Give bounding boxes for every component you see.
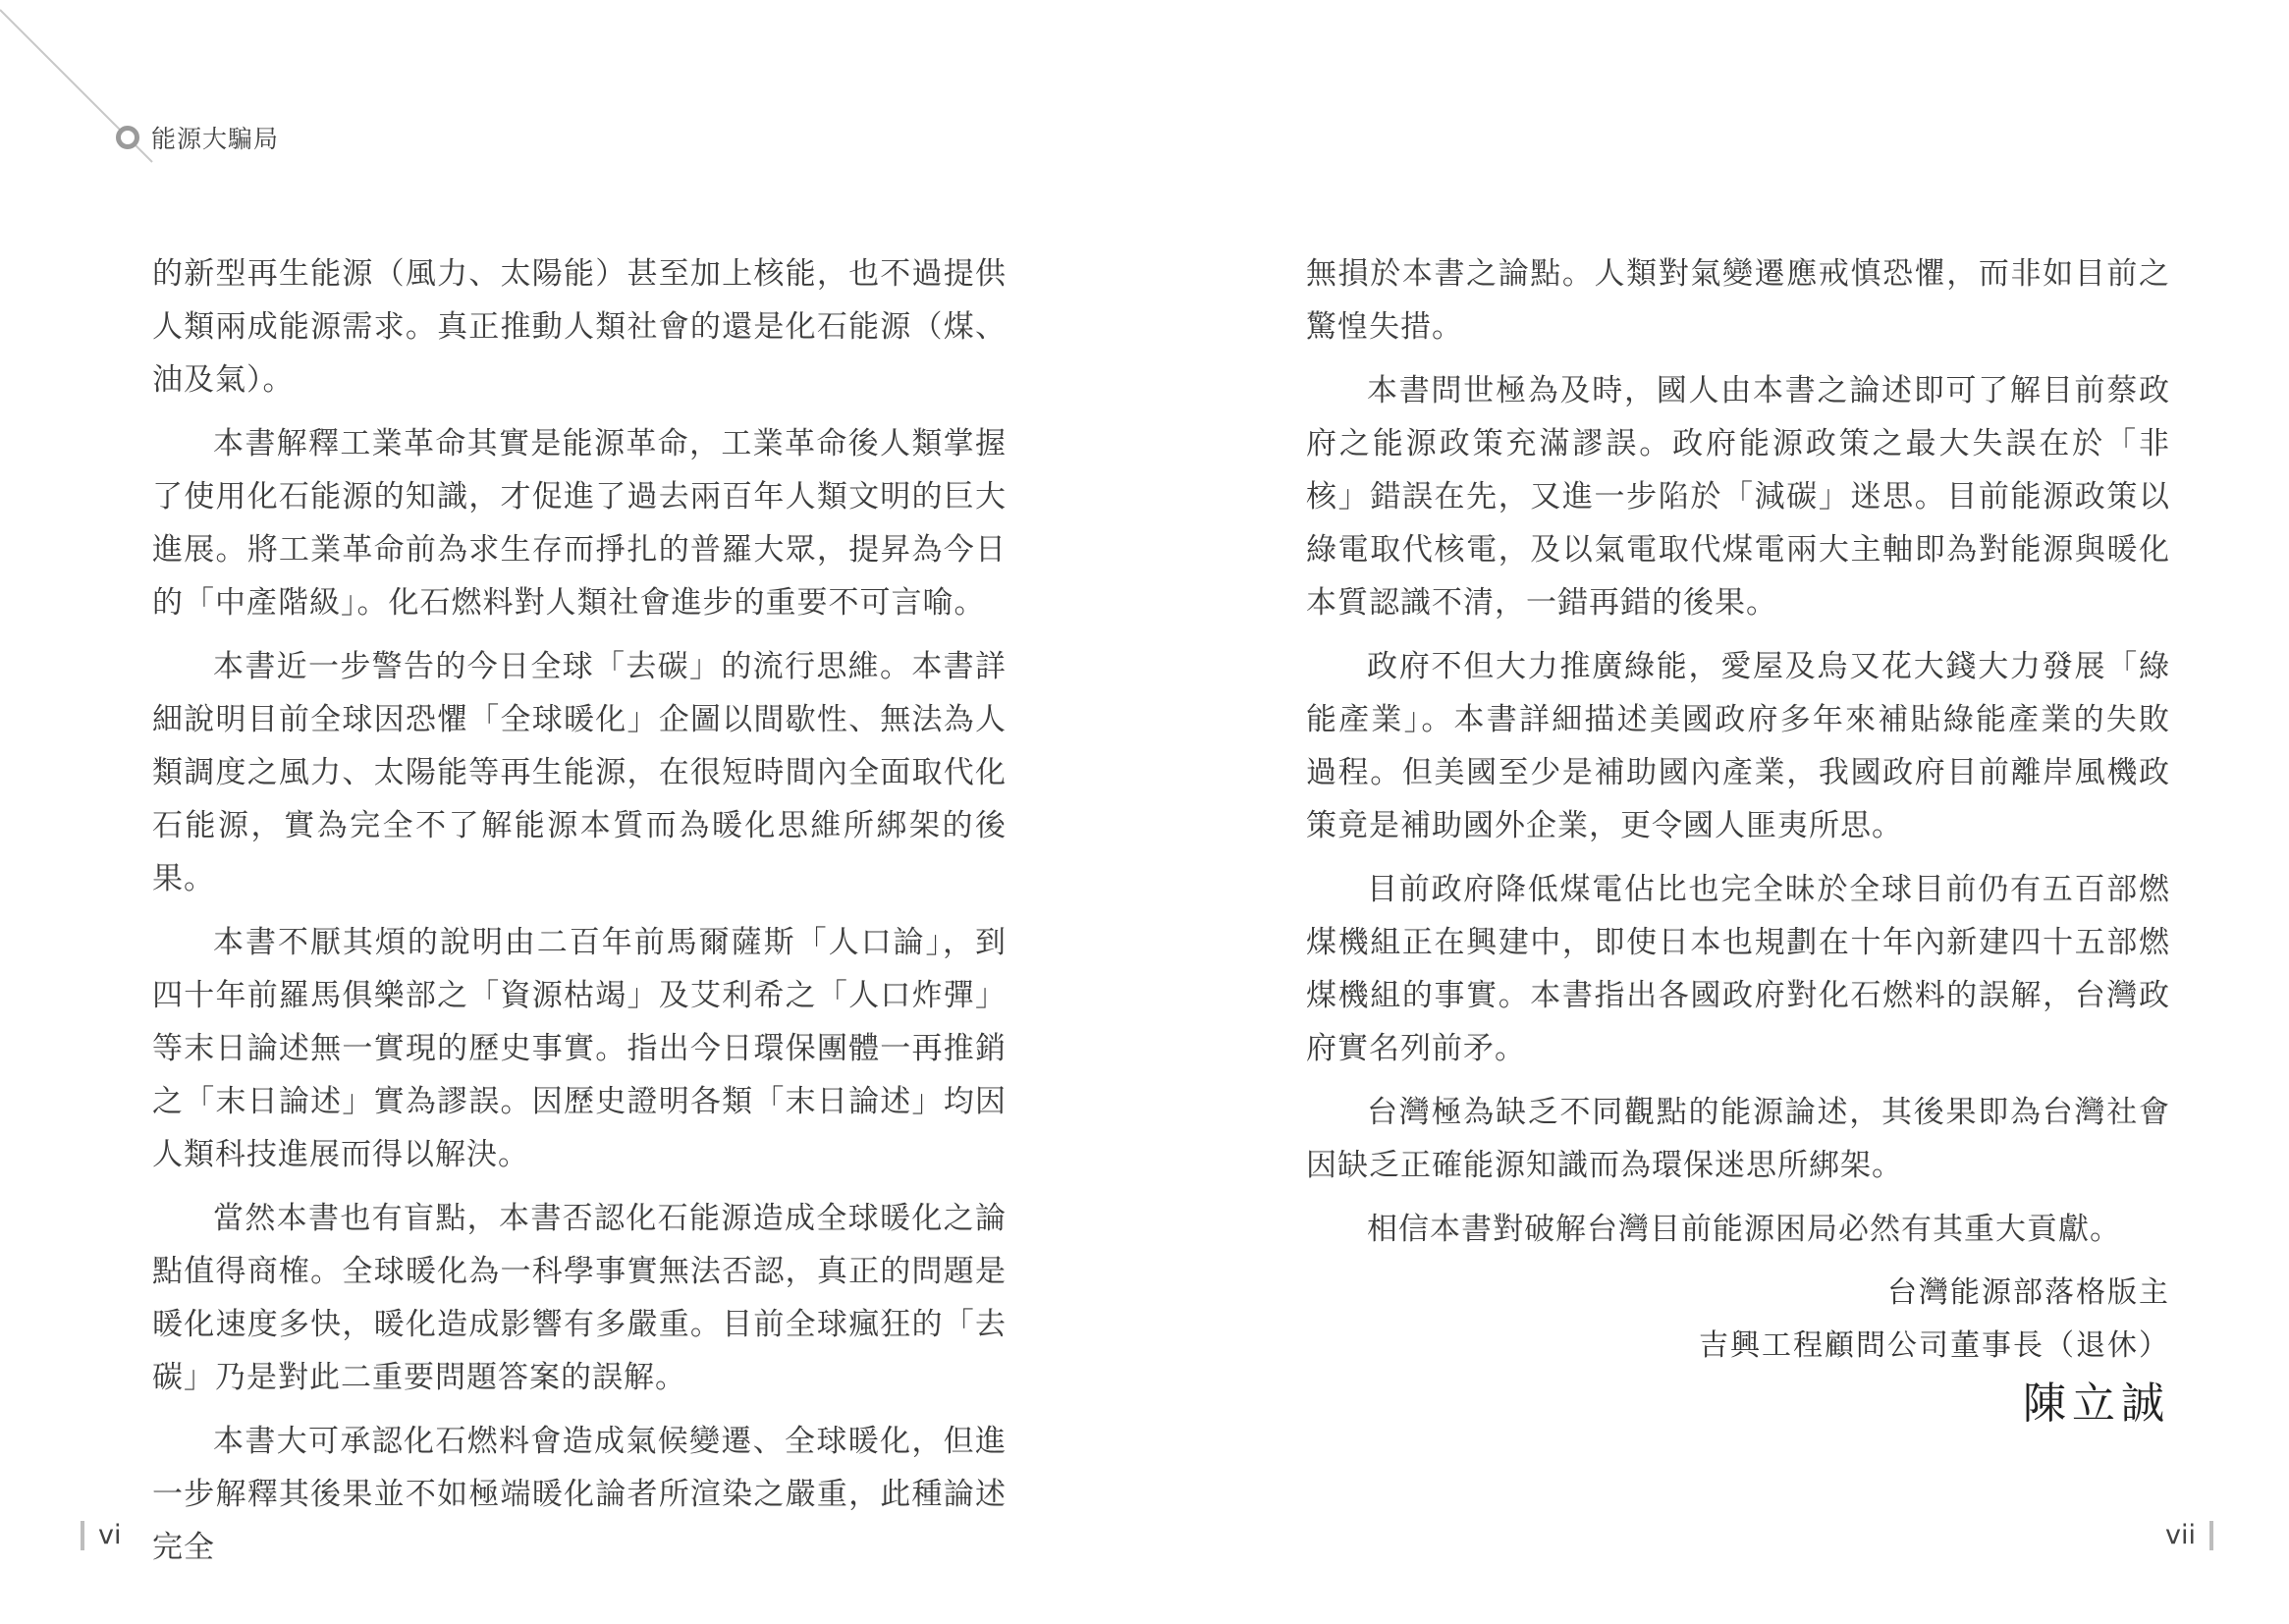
paragraph: 本書不厭其煩的說明由二百年前馬爾薩斯「人口論」，到四十年前羅馬俱樂部之「資源枯竭…	[152, 916, 1007, 1181]
left-page-body: 的新型再生能源（風力、太陽能）甚至加上核能，也不過提供人類兩成能源需求。真正推動…	[152, 247, 1007, 1585]
page-marker-bar	[81, 1521, 84, 1550]
signature-title-1: 台灣能源部落格版主	[1306, 1267, 2170, 1320]
signature-block: 台灣能源部落格版主 吉興工程顧問公司董事長（退休） 陳立誠	[1306, 1267, 2170, 1435]
page-number-left: vi	[81, 1520, 121, 1550]
paragraph: 本書解釋工業革命其實是能源革命，工業革命後人類掌握了使用化石能源的知識，才促進了…	[152, 417, 1007, 629]
signature-title-2: 吉興工程顧問公司董事長（退休）	[1306, 1320, 2170, 1373]
paragraph: 目前政府降低煤電佔比也完全昧於全球目前仍有五百部燃煤機組正在興建中，即使日本也規…	[1306, 863, 2170, 1075]
page-number-label: vii	[2165, 1520, 2196, 1550]
page-number-label: vi	[98, 1520, 121, 1550]
paragraph: 本書近一步警告的今日全球「去碳」的流行思維。本書詳細說明目前全球因恐懼「全球暖化…	[152, 640, 1007, 905]
paragraph: 台灣極為缺乏不同觀點的能源論述，其後果即為台灣社會因缺乏正確能源知識而為環保迷思…	[1306, 1086, 2170, 1192]
signature-name: 陳立誠	[1306, 1373, 2170, 1435]
page-number-right: vii	[2165, 1520, 2213, 1550]
paragraph: 無損於本書之論點。人類對氣變遷應戒慎恐懼，而非如目前之驚惶失措。	[1306, 247, 2170, 353]
page-marker-bar	[2209, 1521, 2213, 1550]
right-page-body: 無損於本書之論點。人類對氣變遷應戒慎恐懼，而非如目前之驚惶失措。 本書問世極為及…	[1306, 247, 2170, 1435]
running-header: 能源大騙局	[116, 120, 279, 155]
paragraph: 當然本書也有盲點，本書否認化石能源造成全球暖化之論點值得商榷。全球暖化為一科學事…	[152, 1192, 1007, 1404]
paragraph: 本書大可承認化石燃料會造成氣候變遷、全球暖化，但進一步解釋其後果並不如極端暖化論…	[152, 1415, 1007, 1574]
book-title: 能源大騙局	[151, 120, 279, 155]
circle-bullet-icon	[116, 126, 139, 149]
paragraph: 本書問世極為及時，國人由本書之論述即可了解目前蔡政府之能源政策充滿謬誤。政府能源…	[1306, 364, 2170, 629]
paragraph: 的新型再生能源（風力、太陽能）甚至加上核能，也不過提供人類兩成能源需求。真正推動…	[152, 247, 1007, 406]
paragraph: 相信本書對破解台灣目前能源困局必然有其重大貢獻。	[1306, 1203, 2170, 1256]
paragraph: 政府不但大力推廣綠能，愛屋及烏又花大錢大力發展「綠能產業」。本書詳細描述美國政府…	[1306, 640, 2170, 852]
